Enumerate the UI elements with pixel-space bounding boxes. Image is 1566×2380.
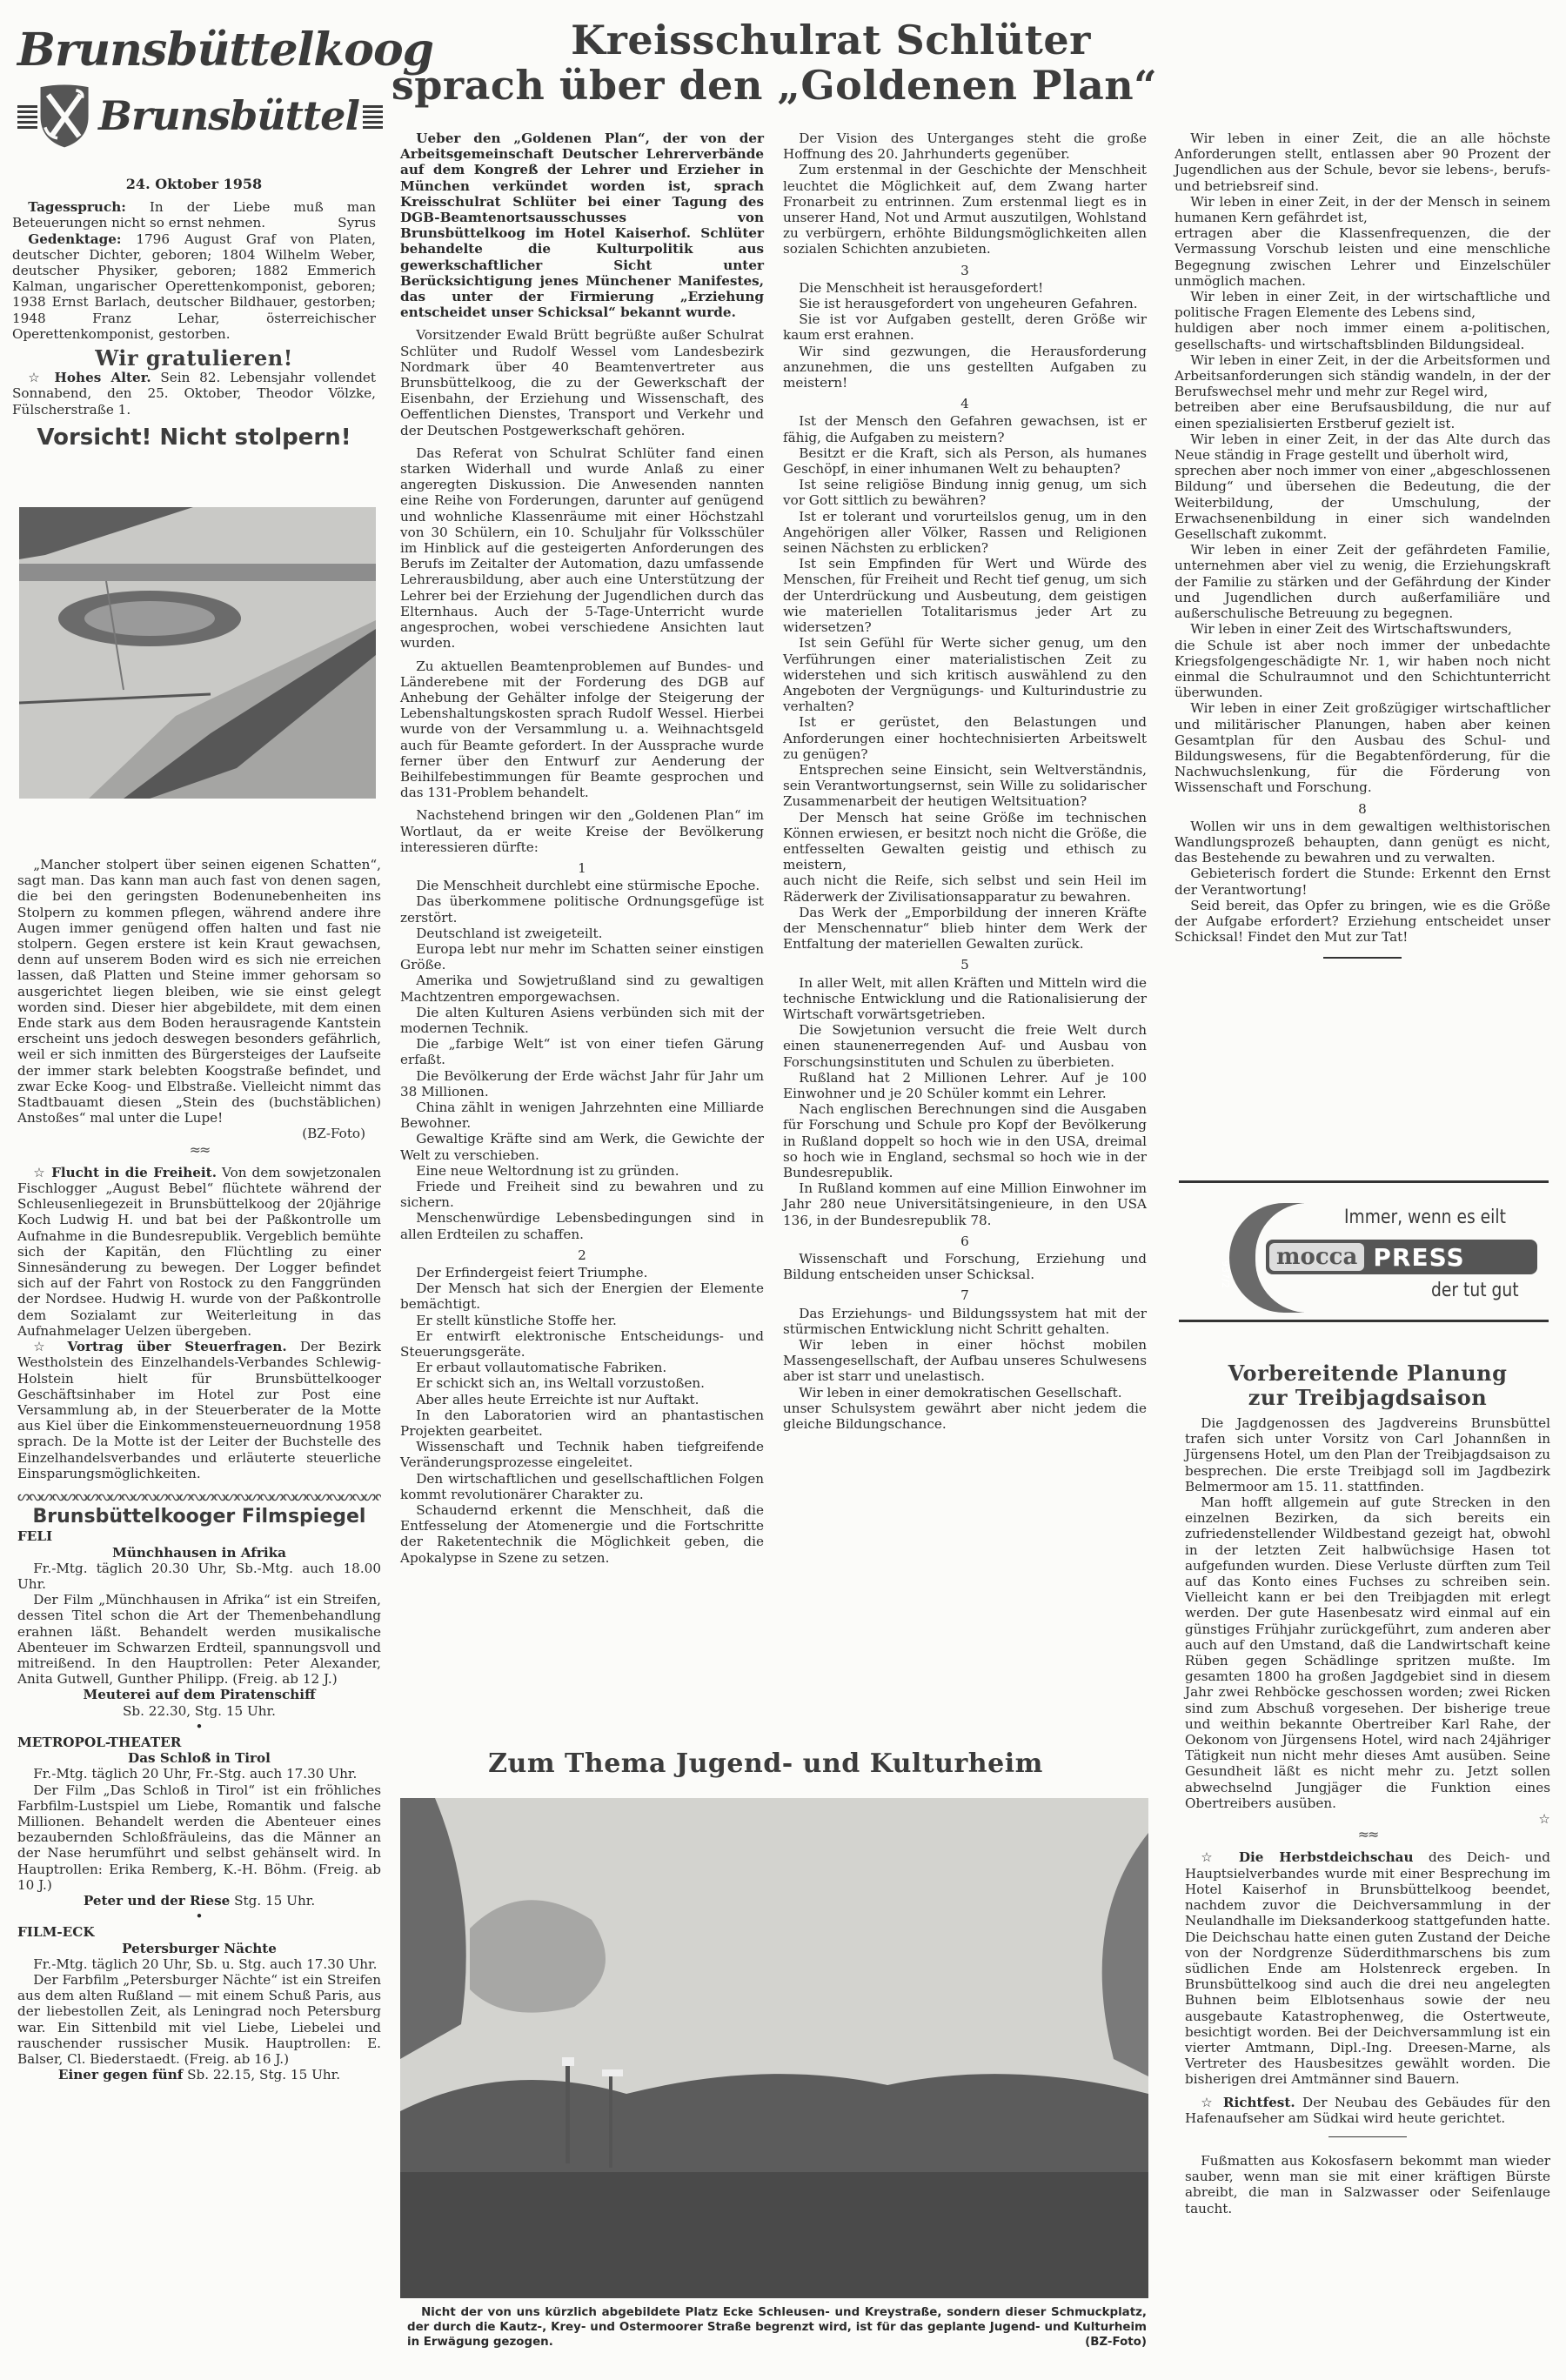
article-lead: Ueber den „Goldenen Plan“, der von der A…: [400, 130, 764, 320]
congrats-heading: Wir gratulieren!: [12, 351, 376, 366]
brand-name-mocca: mocca: [1269, 1243, 1364, 1271]
star-icon: ☆: [1201, 1849, 1223, 1865]
ad-top-rule: [1179, 1180, 1549, 1183]
congrats-item: ☆ Hohes Alter. Sein 82. Lebensjahr volle…: [12, 370, 376, 418]
wave-divider-icon: ≈≈: [17, 1142, 381, 1158]
star-icon: ☆: [33, 1165, 46, 1180]
stolpern-text: „Mancher stolpert über seinen eigenen Sc…: [17, 857, 381, 1126]
ad-tagline-bottom: der tut gut: [1431, 1280, 1519, 1301]
cinema-listing: FELI Münchhausen in Afrika Fr.-Mtg. tägl…: [17, 1528, 381, 1735]
masthead-title: Brunsbüttelkoog: [17, 24, 383, 77]
film-description: Der Film „Münchhausen in Afrika“ ist ein…: [17, 1592, 381, 1687]
article-paragraph: Das Referat von Schulrat Schlüter fand e…: [400, 445, 764, 652]
article-column-2: Ueber den „Goldenen Plan“, der von der A…: [400, 130, 764, 1566]
section-number: 1: [400, 860, 764, 876]
section-number: 2: [400, 1247, 764, 1263]
ad-code: 937/2: [1220, 1260, 1231, 1288]
section-number: 4: [783, 396, 1147, 411]
left-column-lower: „Mancher stolpert über seinen eigenen Sc…: [17, 857, 381, 2082]
cinema-name: FILM-ECK: [17, 1924, 381, 1940]
banner-right-decoration: [363, 103, 383, 129]
news-item-richtfest: ☆ Richtfest. Der Neubau des Gebäudes für…: [1185, 2095, 1550, 2126]
kulturheim-heading: Zum Thema Jugend- und Kulturheim: [383, 1748, 1148, 1779]
cinema-name: FELI: [17, 1528, 381, 1544]
ad-bottom-rule: [1179, 1320, 1549, 1322]
extra-film: Einer gegen fünf Sb. 22.15, Stg. 15 Uhr.: [17, 2067, 381, 2082]
curb-stone-photo: [19, 507, 376, 799]
film-description: Der Film „Das Schloß in Tirol“ ist ein f…: [17, 1782, 381, 1893]
star-icon: ☆: [1185, 1811, 1550, 1827]
star-icon: ☆: [1201, 2095, 1215, 2110]
photo-credit: (BZ-Foto): [1071, 2335, 1147, 2350]
ad-tagline-top: Immer, wenn es eilt: [1344, 1207, 1506, 1228]
article-paragraph: Zu aktuellen Beamtenproblemen auf Bundes…: [400, 659, 764, 801]
divider-rule: [1328, 2136, 1407, 2137]
cinema-listing: FILM-ECK Petersburger Nächte Fr.-Mtg. tä…: [17, 1924, 381, 2082]
film-times: Fr.-Mtg. täglich 20 Uhr, Fr.-Stg. auch 1…: [17, 1766, 381, 1782]
stolpern-heading: Vorsicht! Nicht stolpern!: [12, 430, 376, 445]
brand-name-press: PRESS: [1373, 1243, 1464, 1272]
brand-logo: mocca PRESS: [1266, 1240, 1537, 1274]
mocca-press-advertisement: 937/2 Immer, wenn es eilt mocca PRESS de…: [1179, 1180, 1549, 1325]
film-times: Fr.-Mtg. täglich 20 Uhr, Sb. u. Stg. auc…: [17, 1956, 381, 1972]
treibjagd-heading-1: Vorbereitende Planung: [1185, 1361, 1550, 1386]
star-icon: ☆: [28, 370, 45, 385]
masthead-subtitle: Brunsbüttel: [98, 92, 359, 139]
filmspiegel-heading: Brunsbüttelkooger Filmspiegel: [17, 1509, 381, 1525]
film-title: Das Schloß in Tirol: [17, 1750, 381, 1766]
news-item-vortrag: ☆ Vortrag über Steuerfragen. Der Bezirk …: [17, 1339, 381, 1481]
coat-of-arms-icon: [37, 78, 91, 153]
headline-line-2: sprach über den „Goldenen Plan“: [383, 63, 1166, 108]
headline-line-1: Kreisschulrat Schlüter: [383, 17, 1166, 63]
star-icon: ☆: [33, 1339, 54, 1354]
main-headline: Kreisschulrat Schlüter sprach über den „…: [383, 17, 1166, 108]
ornamental-divider: ᔕᔓᔕᔓᔕᔓᔕᔓᔕᔓᔕᔓᔕᔓᔕᔓᔕᔓᔕᔓᔕᔓᔕᔓᔕᔓᔕᔓᔕᔓᔕᔓᔕᔓᔕᔓ: [17, 1488, 381, 1504]
treibjagd-article: Vorbereitende Planung zur Treibjagdsaiso…: [1185, 1361, 1550, 2216]
cinema-listing: METROPOL-THEATER Das Schloß in Tirol Fr.…: [17, 1735, 381, 1924]
separator-dot-icon: •: [17, 1909, 381, 1924]
kulturheim-caption: Nicht der von uns kürzlich abgebildete P…: [407, 2305, 1147, 2350]
treibjagd-heading-2: zur Treibjagdsaison: [1185, 1386, 1550, 1410]
article-column-4: Wir leben in einer Zeit, die an alle höc…: [1174, 130, 1550, 959]
extra-film-times: Sb. 22.30, Stg. 15 Uhr.: [17, 1703, 381, 1719]
extra-film-title: Meuterei auf dem Piratenschiff: [17, 1687, 381, 1702]
section-number: 3: [783, 263, 1147, 278]
kulturheim-photo: [400, 1798, 1148, 2298]
section-number: 5: [783, 957, 1147, 973]
separator-dot-icon: •: [17, 1719, 381, 1735]
film-times: Fr.-Mtg. täglich 20.30 Uhr, Sb.-Mtg. auc…: [17, 1561, 381, 1592]
news-item-herbstdeichschau: ☆ Die Herbstdeichschau des Deich- und Ha…: [1185, 1849, 1550, 2087]
news-item-flucht: ☆ Flucht in die Freiheit. Von dem sowjet…: [17, 1165, 381, 1339]
section-number: 8: [1174, 801, 1550, 817]
household-tip: Fußmatten aus Kokosfasern bekommt man wi…: [1185, 2153, 1550, 2216]
masthead: Brunsbüttelkoog Brunsbüttel: [17, 24, 383, 168]
tagesspruch: Tagesspruch: In der Liebe muß man Beteue…: [12, 199, 376, 231]
section-number: 7: [783, 1287, 1147, 1303]
film-description: Der Farbfilm „Petersburger Nächte“ ist e…: [17, 1972, 381, 2067]
extra-film: Peter und der Riese Stg. 15 Uhr.: [17, 1893, 381, 1909]
wave-divider-icon: ≈≈: [1185, 1827, 1550, 1842]
issue-date: 24. Oktober 1958: [12, 177, 376, 192]
article-paragraph: Nachstehend bringen wir den „Goldenen Pl…: [400, 807, 764, 855]
article-paragraph: Vorsitzender Ewald Brütt begrüßte außer …: [400, 327, 764, 438]
section-number: 6: [783, 1233, 1147, 1249]
film-title: Petersburger Nächte: [17, 1941, 381, 1956]
photo-credit: (BZ-Foto): [17, 1126, 381, 1141]
banner-left-decoration: [17, 103, 37, 129]
left-column: 24. Oktober 1958 Tagesspruch: In der Lie…: [12, 177, 376, 445]
film-title: Münchhausen in Afrika: [17, 1545, 381, 1561]
gedenktage: Gedenktage: 1796 August Graf von Platen,…: [12, 231, 376, 342]
cinema-name: METROPOL-THEATER: [17, 1735, 381, 1750]
article-column-3: Der Vision des Unterganges steht die gro…: [783, 130, 1147, 1432]
quote-author: Syrus: [322, 215, 376, 231]
article-end-rule: [1323, 957, 1402, 959]
